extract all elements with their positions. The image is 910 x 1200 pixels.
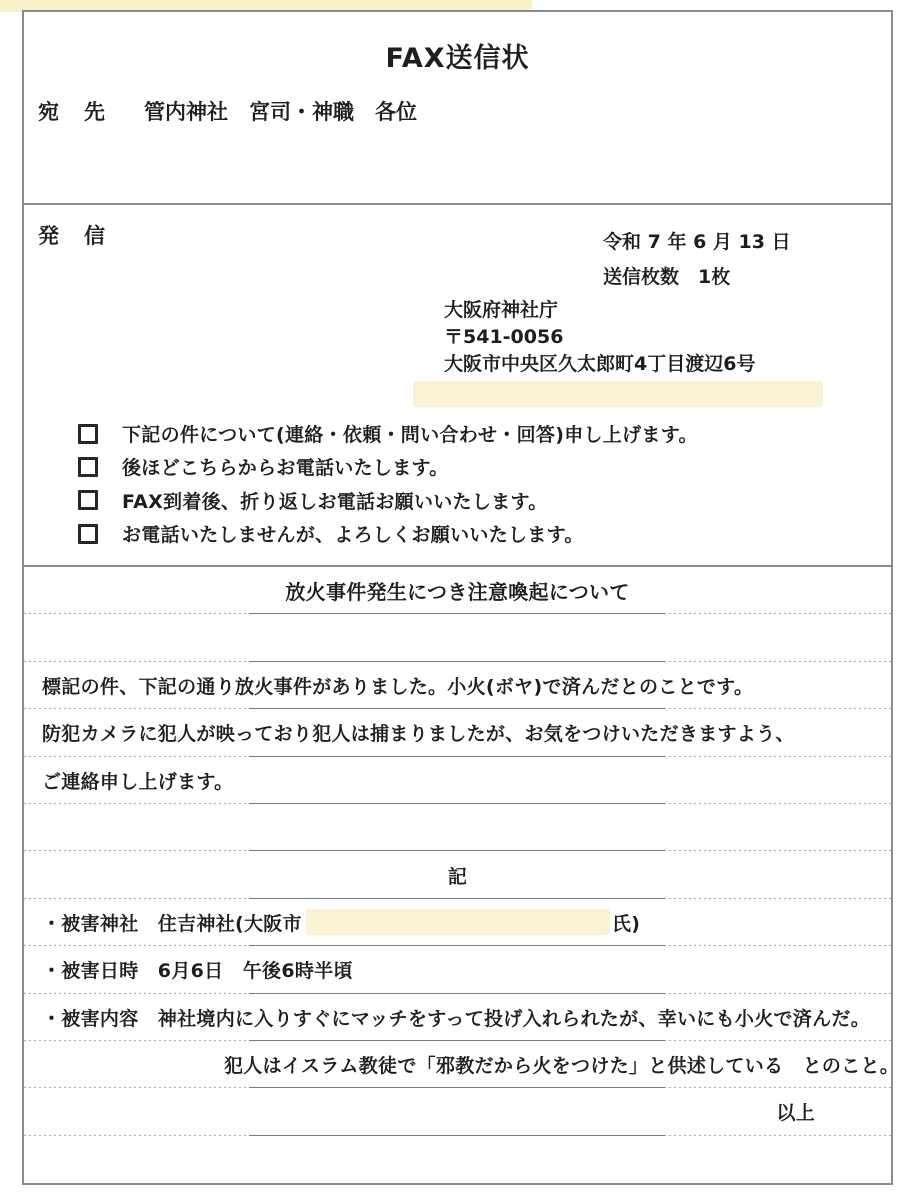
checkbox-label: 後ほどこちらからお電話いたします。 [122,453,449,480]
body-text: 標記の件、下記の通り放火事件がありました。小火(ボヤ)で済んだとのことです。 [42,672,753,699]
checkbox-icon [78,524,98,544]
send-date: 令和 7 年 6 月 13 日 [603,227,791,254]
empty-row [24,614,891,661]
body-text: 防犯カメラに犯人が映っており犯人は捕まりましたが、お気をつけいただきますよう、 [42,719,795,746]
victim-shrine-row: ・被害神社 住吉神社(大阪市 氏) [24,899,891,946]
checkbox-list: 下記の件について(連絡・依頼・問い合わせ・回答)申し上げます。 後ほどこちらから… [78,417,698,550]
checkbox-label: 下記の件について(連絡・依頼・問い合わせ・回答)申し上げます。 [122,420,698,447]
page-count: 送信枚数 1枚 [603,262,730,289]
incident-description-text: ・被害内容 神社境内に入りすぐにマッチをすって投げ入れられたが、幸いにも小火で済… [42,1004,870,1031]
checkbox-icon [78,424,98,444]
closing-text: 以上 [776,1098,815,1125]
checkbox-icon [78,457,98,477]
sender-postal-code: 〒541-0056 [444,324,755,351]
suspect-statement-row: 犯人はイスラム教徒で「邪教だから火をつけた」と供述している とのこと。 [24,1041,891,1088]
empty-row [24,1136,891,1183]
body-text: ご連絡申し上げます。 [42,767,233,794]
closing-row: 以上 [24,1088,891,1135]
sender-label: 発 信 [38,220,107,250]
checkbox-icon [78,490,98,510]
subject-text: 放火事件発生につき注意喚起について [285,576,629,605]
fax-page: FAX送信状 宛 先 管内神社 宮司・神職 各位 発 信 令和 7 年 6 月 … [22,10,893,1185]
message-section: 放火事件発生につき注意喚起について 標記の件、下記の通り放火事件がありました。小… [24,565,891,1183]
sender-block: 大阪府神社庁 〒541-0056 大阪市中央区久太郎町4丁目渡辺6号 [444,297,755,378]
fax-cover-sheet: FAX送信状 宛 先 管内神社 宮司・神職 各位 発 信 令和 7 年 6 月 … [0,0,910,1200]
sender-section: 発 信 令和 7 年 6 月 13 日 送信枚数 1枚 大阪府神社庁 〒541-… [24,203,891,565]
record-marker: 記 [448,862,467,889]
victim-shrine-text: ・被害神社 住吉神社(大阪市 [42,909,302,936]
sender-organization: 大阪府神社庁 [444,297,755,324]
incident-datetime-row: ・被害日時 6月6日 午後6時半頃 [24,946,891,993]
address-redaction-highlight [413,381,823,407]
shrine-redaction-highlight [306,909,610,935]
body-row-1: 標記の件、下記の通り放火事件がありました。小火(ボヤ)で済んだとのことです。 [24,662,891,709]
victim-shrine-suffix: 氏) [612,909,640,936]
body-row-2: 防犯カメラに犯人が映っており犯人は捕まりましたが、お気をつけいただきますよう、 [24,709,891,756]
checkbox-row-call-back: FAX到着後、折り返しお電話お願いいたします。 [78,484,698,517]
sender-address: 大阪市中央区久太郎町4丁目渡辺6号 [444,351,755,378]
recipient-value: 管内神社 宮司・神職 各位 [144,96,417,126]
page-title: FAX送信状 [24,36,891,75]
checkbox-label: お電話いたしませんが、よろしくお願いいたします。 [122,520,584,547]
incident-datetime-text: ・被害日時 6月6日 午後6時半頃 [42,956,353,983]
checkbox-row-call-later: 後ほどこちらからお電話いたします。 [78,450,698,483]
checkbox-row-no-call: お電話いたしませんが、よろしくお願いいたします。 [78,517,698,550]
empty-row [24,804,891,851]
checkbox-label: FAX到着後、折り返しお電話お願いいたします。 [122,487,548,514]
body-row-3: ご連絡申し上げます。 [24,757,891,804]
subject-row: 放火事件発生につき注意喚起について [24,567,891,614]
recipient-label: 宛 先 [38,96,144,126]
checkbox-row-notice: 下記の件について(連絡・依頼・問い合わせ・回答)申し上げます。 [78,417,698,450]
incident-description-row: ・被害内容 神社境内に入りすぐにマッチをすって投げ入れられたが、幸いにも小火で済… [24,994,891,1041]
record-marker-row: 記 [24,851,891,898]
recipient-row: 宛 先 管内神社 宮司・神職 各位 [38,96,417,126]
suspect-statement-text: 犯人はイスラム教徒で「邪教だから火をつけた」と供述している とのこと。 [224,1051,899,1078]
header-section: FAX送信状 宛 先 管内神社 宮司・神職 各位 [24,12,891,203]
